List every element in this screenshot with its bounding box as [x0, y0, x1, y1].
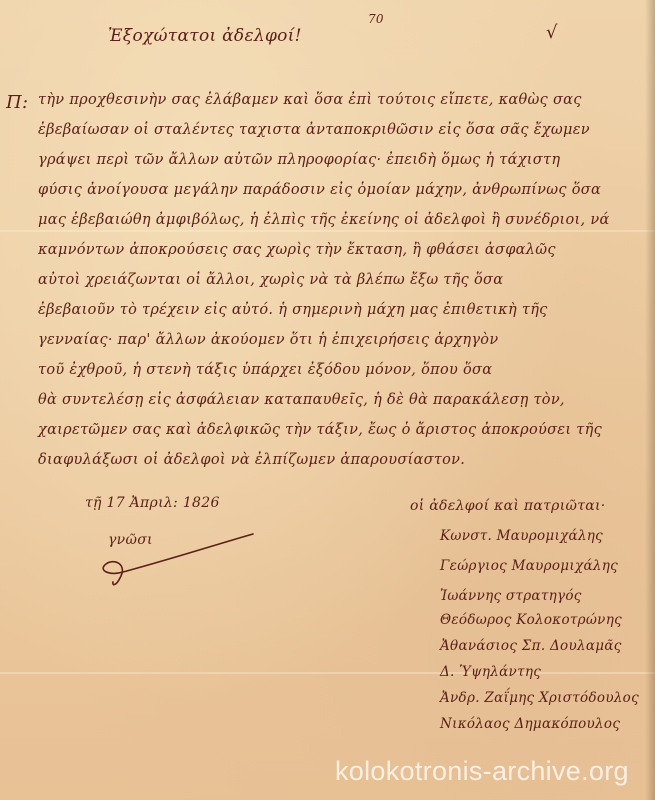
signature: Ἀνδρ. Ζαΐμης Χριστόδουλος — [440, 690, 639, 706]
paper-fold-line — [0, 230, 655, 232]
page-edge-shadow — [645, 0, 655, 800]
signature: Κωνστ. Μαυρομιχάλης — [440, 528, 603, 544]
body-line: μας ἐβεβαιώθη ἀμφιβόλως, ἡ ἐλπὶς τῆς ἐκε… — [38, 212, 610, 228]
closing-phrase: οἱ ἀδελφοί καὶ πατριῶται· — [410, 498, 606, 514]
archive-watermark: kolokotronis-archive.org — [335, 756, 629, 787]
signature: Γεώργιος Μαυρομιχάλης — [440, 558, 618, 574]
body-line: καμνόντων ἀποκρούσεις σας χωρὶς τὴν ἔκτα… — [38, 242, 556, 258]
salutation: Ἐξοχώτατοι ἀδελφοί! — [108, 26, 302, 46]
signature: Νικόλαος Δημακόπουλος — [440, 716, 620, 732]
body-line: ἐβεβαίωσαν οἱ σταλέντες ταχιστα ἀνταποκρ… — [38, 122, 590, 138]
signature: Ἀθανάσιος Σπ. Δουλαμᾶς — [440, 638, 622, 654]
body-line: χαιρετῶμεν σας καὶ ἀδελφικῶς τὴν τάξιν, … — [38, 422, 602, 438]
manuscript-page: 70 √ Ἐξοχώτατοι ἀδελφοί! Π: τὴν προχθεσι… — [0, 0, 655, 800]
body-line: τὴν προχθεσινὴν σας ἐλάβαμεν καὶ ὅσα ἐπὶ… — [38, 92, 582, 108]
body-line: γράψει περὶ τῶν ἄλλων αὐτῶν πληροφορίας·… — [38, 152, 560, 168]
body-line: τοῦ ἐχθροῦ, ἡ στενὴ τάξις ὑπάρχει ἐξόδου… — [38, 362, 492, 378]
folio-number: 70 — [368, 12, 384, 26]
paragraph-marker: Π: — [6, 92, 28, 113]
letter-date: τῇ 17 Ἀπριλ: 1826 — [85, 495, 220, 511]
signature: Θεόδωρος Κολοκοτρώνης — [440, 612, 622, 628]
check-mark-icon: √ — [546, 22, 558, 43]
body-line: θὰ συντελέσῃ εἰς ἀσφάλειαν καταπαυθεῖς, … — [38, 392, 565, 408]
signature: Ἰωάννης στρατηγός — [440, 588, 582, 604]
paper-fold-line — [0, 672, 655, 674]
signature: Δ. Ὑψηλάντης — [440, 664, 541, 680]
body-line: διαφυλάξωσι οἱ ἀδελφοὶ νὰ ἐλπίζωμεν ἀπαρ… — [38, 452, 465, 468]
body-line: φύσις ἀνοίγουσα μεγάλην παράδοσιν εἰς ὁμ… — [38, 182, 601, 198]
body-line: ἐβεβαιοῦν τὸ τρέχειν εἰς αὐτό. ἡ σημεριν… — [38, 302, 548, 318]
signature-flourish-icon — [78, 530, 258, 590]
body-line: γενναίας· παρ' ἄλλων ἀκούομεν ὅτι ἡ ἐπιχ… — [38, 332, 498, 348]
body-line: αὐτοὶ χρειάζωνται οἱ ἄλλοι, χωρὶς νὰ τὰ … — [38, 272, 503, 288]
